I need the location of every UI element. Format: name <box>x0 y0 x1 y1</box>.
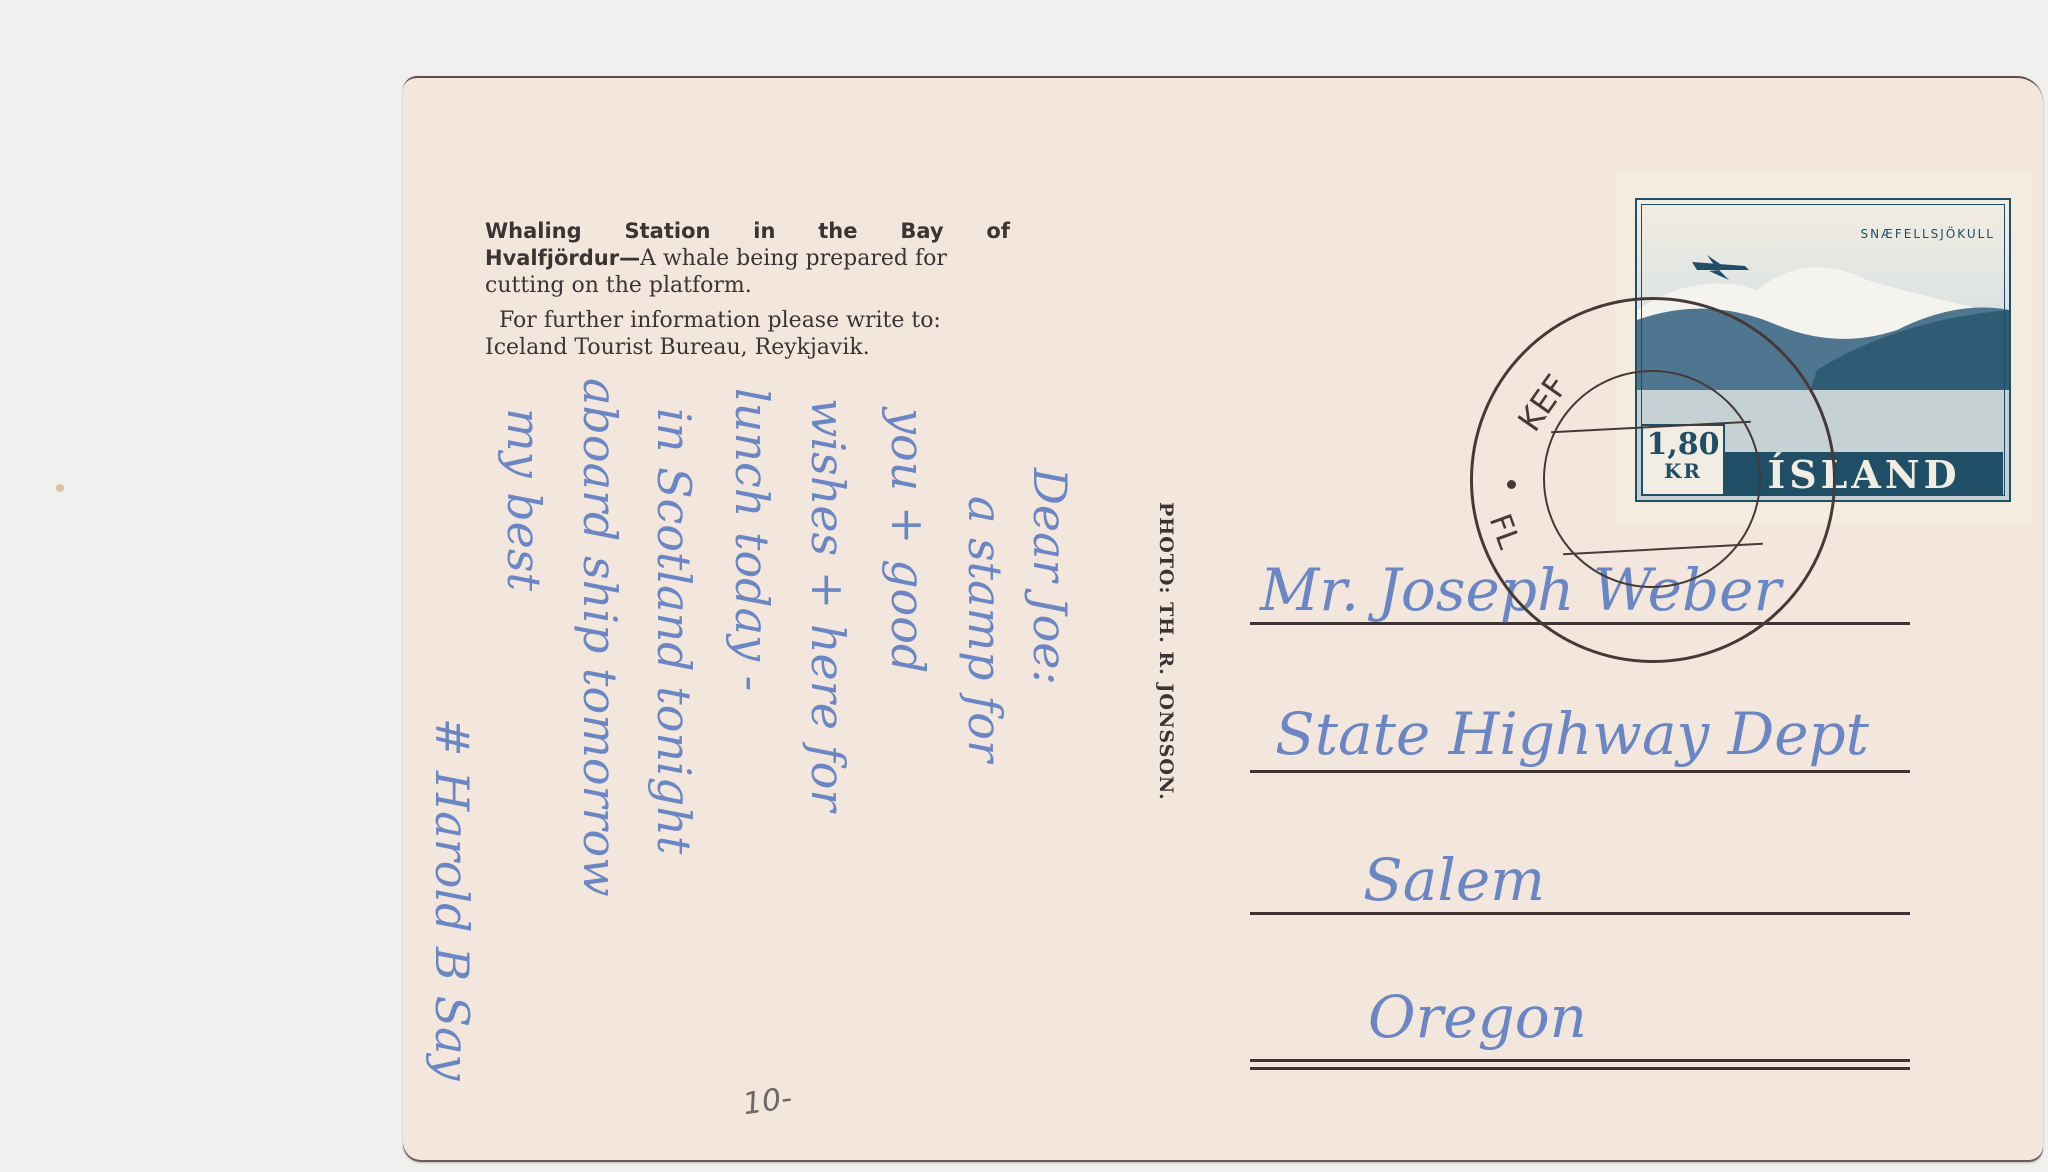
caption-word: Whaling <box>485 218 582 245</box>
postage-stamp: SNÆFELLSJÖKULL 1,80 KR ÍSLAND <box>1615 172 2033 524</box>
address-department: State Highway Dept <box>1275 700 1869 768</box>
caption-place-name: Hvalfjördur— <box>485 246 640 270</box>
caption-line-3: cutting on the platform. <box>485 272 1010 299</box>
message-line: in Scotland tonight <box>647 408 701 854</box>
message-signature: # Harold B Say <box>425 718 479 1081</box>
postmark-lower-text: FL <box>1482 510 1527 554</box>
background-speck <box>56 484 64 492</box>
caption-line-4: For further information please write to: <box>485 307 1010 334</box>
message-line: lunch today - <box>725 388 779 691</box>
stamp-country: ÍSLAND <box>1725 452 2003 496</box>
postmark-dot <box>1507 480 1516 489</box>
caption-word: Bay <box>900 218 943 245</box>
caption-title: Whaling Station in the Bay of <box>485 218 1010 245</box>
message-line: aboard ship tomorrow <box>573 378 627 897</box>
caption-word: the <box>818 218 857 245</box>
message-line: wishes + here for <box>801 398 855 811</box>
postmark-bar <box>1563 543 1763 555</box>
postcard: Whaling Station in the Bay of Hvalfjördu… <box>403 76 2043 1162</box>
stamp-value: 1,80 <box>1643 432 1723 458</box>
address-rule-3 <box>1250 912 1910 915</box>
caption-line-2: Hvalfjördur—A whale being prepared for <box>485 245 1010 272</box>
address-recipient: Mr. Joseph Weber <box>1260 556 1781 624</box>
printed-caption: Whaling Station in the Bay of Hvalfjördu… <box>485 218 1010 361</box>
address-rule-4b <box>1250 1067 1910 1070</box>
address-rule-2 <box>1250 770 1910 773</box>
stamp-frame: SNÆFELLSJÖKULL 1,80 KR ÍSLAND <box>1635 198 2011 502</box>
postmark-town-text: KEF <box>1510 368 1575 439</box>
address-city: Salem <box>1363 846 1545 914</box>
message-line: a stamp for <box>958 496 1012 762</box>
message-line: you + good <box>881 408 935 673</box>
stamp-denomination: 1,80 KR <box>1641 424 1725 496</box>
photo-credit: PHOTO: TH. R. JONSSON. <box>1155 502 1177 801</box>
caption-line-5: Iceland Tourist Bureau, Reykjavik. <box>485 334 1010 361</box>
message-line: Dear Joe: <box>1023 468 1077 685</box>
address-rule-4a <box>1250 1059 1910 1062</box>
pencil-price-note: 10- <box>741 1081 794 1122</box>
message-line: my best <box>497 408 551 591</box>
caption-description: A whale being prepared for <box>640 246 947 271</box>
caption-word: in <box>753 218 775 245</box>
stamp-location-name: SNÆFELLSJÖKULL <box>1861 227 1995 241</box>
address-state: Oregon <box>1368 983 1587 1051</box>
caption-word: of <box>986 218 1010 245</box>
caption-word: Station <box>625 218 711 245</box>
